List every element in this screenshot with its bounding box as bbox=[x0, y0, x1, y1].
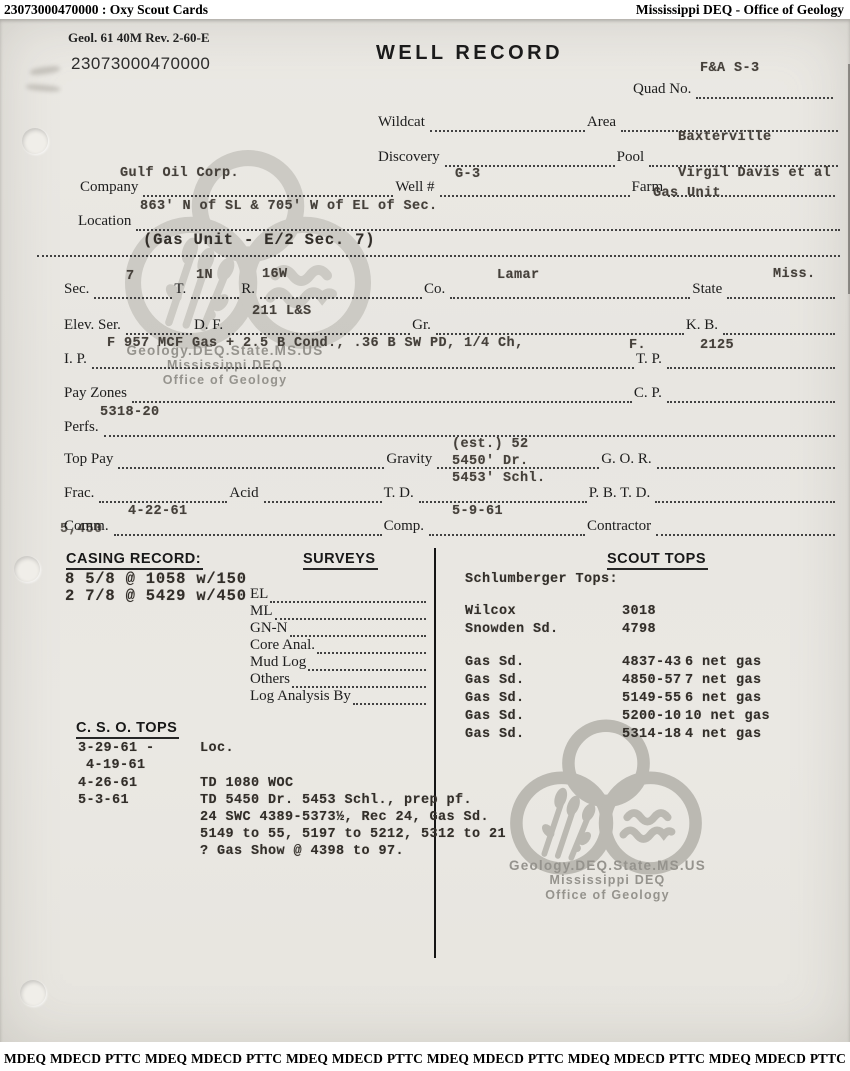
sec-label: Sec. bbox=[64, 280, 92, 299]
footer-item: MDEQ bbox=[4, 1051, 46, 1067]
cso-continuation: 24 SWC 4389-5373½, Rec 24, Gas Sd. bbox=[200, 810, 489, 825]
footer-item: PTTC bbox=[387, 1051, 423, 1067]
gr-line bbox=[436, 318, 684, 335]
api-number: 23073000470000 bbox=[71, 54, 210, 74]
footer-item: PTTC bbox=[528, 1051, 564, 1067]
td-driller-value: 5450' Dr. bbox=[452, 454, 529, 469]
top-pay-label: Top Pay bbox=[64, 450, 116, 469]
field-company-well-farm: Company Well # Farm bbox=[80, 178, 837, 197]
cso-text: Loc. bbox=[200, 741, 234, 756]
scout-top-net: 4 net gas bbox=[685, 727, 762, 742]
footer-item: MDEQ bbox=[427, 1051, 469, 1067]
field-toppay-gravity-gor: Top Pay Gravity G. O. R. bbox=[64, 450, 837, 469]
comp-label: Comp. bbox=[384, 517, 427, 536]
survey-label: Log Analysis By bbox=[250, 688, 351, 705]
field-perfs: Perfs. bbox=[64, 418, 837, 437]
survey-line bbox=[317, 637, 426, 654]
scout-top-row: Snowden Sd.4798 bbox=[465, 622, 685, 637]
wildcat-line bbox=[430, 115, 585, 132]
footer-item: PTTC bbox=[105, 1051, 141, 1067]
survey-line bbox=[308, 654, 426, 671]
scout-top-row: Gas Sd.4837-436 net gas bbox=[465, 655, 762, 670]
scout-top-name: Wilcox bbox=[465, 604, 622, 619]
casing-record-title: CASING RECORD: bbox=[66, 551, 203, 570]
scout-top-row: Gas Sd.5200-1010 net gas bbox=[465, 709, 770, 724]
scout-top-row: Gas Sd.5149-556 net gas bbox=[465, 691, 762, 706]
survey-label: Mud Log bbox=[250, 654, 306, 671]
scout-top-name: Snowden Sd. bbox=[465, 622, 622, 637]
contractor-label: Contractor bbox=[587, 517, 654, 536]
field-ip-tp: I. P. T. P. bbox=[64, 350, 837, 369]
comm-line bbox=[114, 519, 382, 536]
hole-punch-bottom bbox=[20, 980, 46, 1006]
footer-item: MDECD bbox=[191, 1051, 242, 1067]
county-line bbox=[450, 282, 690, 299]
scout-top-depth: 4850-57 bbox=[622, 673, 685, 688]
state-line bbox=[727, 282, 835, 299]
footer-item: MDECD bbox=[755, 1051, 806, 1067]
county-label: Co. bbox=[424, 280, 448, 299]
perfs-line bbox=[104, 420, 835, 437]
gor-line bbox=[657, 452, 835, 469]
footer-item: MDECD bbox=[614, 1051, 665, 1067]
scout-top-depth: 5314-18 bbox=[622, 727, 685, 742]
field-payzones-cp: Pay Zones C. P. bbox=[64, 384, 837, 403]
comm-label: Comm. bbox=[64, 517, 112, 536]
survey-label: GN-N bbox=[250, 620, 288, 637]
surveys-title: SURVEYS bbox=[303, 551, 378, 570]
watermark-org: Mississippi DEQ bbox=[500, 873, 715, 888]
cso-date: 3-29-61 - bbox=[78, 741, 155, 756]
survey-item-gnn: GN-N bbox=[250, 619, 428, 637]
survey-label: Core Anal. bbox=[250, 637, 315, 654]
contractor-line bbox=[656, 519, 835, 536]
footer-item: PTTC bbox=[246, 1051, 282, 1067]
footer-item: MDEQ bbox=[568, 1051, 610, 1067]
frac-label: Frac. bbox=[64, 484, 97, 503]
ip-value: F 957 MCF Gas + 2.5 B Cond., .36 B SW PD… bbox=[107, 336, 524, 351]
survey-line bbox=[292, 671, 426, 688]
area-label: Area bbox=[587, 113, 619, 132]
scout-top-net: 10 net gas bbox=[685, 709, 770, 724]
survey-item-mud-log: Mud Log bbox=[250, 653, 428, 671]
field-discovery-pool: Discovery Pool bbox=[378, 148, 840, 167]
gor-label: G. O. R. bbox=[601, 450, 654, 469]
scout-top-name: Gas Sd. bbox=[465, 673, 622, 688]
schlumberger-tops-label: Schlumberger Tops: bbox=[465, 572, 618, 587]
location-line bbox=[136, 214, 840, 231]
company-label: Company bbox=[80, 178, 141, 197]
pbtd-line bbox=[655, 486, 835, 503]
stamp-value: F&A S-3 bbox=[700, 61, 760, 76]
comp-line bbox=[429, 519, 585, 536]
watermark-office: Office of Geology bbox=[500, 888, 715, 903]
scout-top-depth: 4837-43 bbox=[622, 655, 685, 670]
frac-line bbox=[99, 486, 227, 503]
cso-text: TD 1080 WOC bbox=[200, 776, 294, 791]
footer-item: PTTC bbox=[669, 1051, 705, 1067]
survey-line bbox=[353, 688, 426, 705]
ip-line bbox=[92, 352, 634, 369]
viewer-page: 23073000470000 : Oxy Scout Cards Mississ… bbox=[0, 0, 850, 1071]
pool-label: Pool bbox=[617, 148, 648, 167]
scout-tops-title: SCOUT TOPS bbox=[607, 551, 708, 570]
cso-tops-title: C. S. O. TOPS bbox=[76, 720, 179, 739]
viewer-footer: MDEQ MDECD PTTC MDEQ MDECD PTTC MDEQ MDE… bbox=[0, 1042, 850, 1071]
scout-top-depth: 4798 bbox=[622, 622, 685, 637]
location-label: Location bbox=[78, 212, 134, 231]
casing-record-line2: 2 7/8 @ 5429 w/450 bbox=[65, 587, 247, 605]
cp-line bbox=[667, 386, 835, 403]
scout-top-name: Gas Sd. bbox=[465, 655, 622, 670]
survey-label: Others bbox=[250, 671, 290, 688]
scanned-well-record: Geology.DEQ.State.MS.US Mississippi DEQ … bbox=[0, 19, 850, 1046]
scout-top-row: Gas Sd.5314-184 net gas bbox=[465, 727, 762, 742]
field-elev-df-gr-kb: Elev. Ser. D. F. Gr. K. B. bbox=[64, 316, 837, 335]
field-location: Location bbox=[78, 212, 842, 231]
deq-watermark-text-bottom: Geology.DEQ.State.MS.US Mississippi DEQ … bbox=[500, 858, 715, 903]
scout-top-row: Wilcox3018 bbox=[465, 604, 685, 619]
ip-label: I. P. bbox=[64, 350, 90, 369]
state-label: State bbox=[692, 280, 725, 299]
scout-top-name: Gas Sd. bbox=[465, 691, 622, 706]
scout-top-row: Gas Sd.4850-577 net gas bbox=[465, 673, 762, 688]
location-line2-rule bbox=[35, 238, 842, 257]
cso-continuation: 5149 to 55, 5197 to 5212, 5312 to 21 bbox=[200, 827, 506, 842]
scout-top-depth: 5149-55 bbox=[622, 691, 685, 706]
acid-label: Acid bbox=[229, 484, 261, 503]
area-value: Baxterville bbox=[678, 130, 772, 145]
footer-item: MDEQ bbox=[709, 1051, 751, 1067]
discovery-label: Discovery bbox=[378, 148, 443, 167]
discovery-line bbox=[445, 150, 615, 167]
farm-value-line2: Gas Unit bbox=[653, 186, 721, 201]
township-label: T. bbox=[174, 280, 189, 299]
kb-label: K. B. bbox=[686, 316, 721, 335]
survey-line bbox=[290, 620, 427, 637]
cso-continuation: ? Gas Show @ 4398 to 97. bbox=[200, 844, 404, 859]
scout-top-depth: 3018 bbox=[622, 604, 685, 619]
td-line bbox=[419, 486, 587, 503]
tp-line bbox=[667, 352, 835, 369]
cso-date: 4-26-61 bbox=[78, 776, 138, 791]
top-pay-line bbox=[118, 452, 384, 469]
quad-no-label: Quad No. bbox=[633, 80, 694, 99]
range-label: R. bbox=[241, 280, 258, 299]
footer-item: MDEQ bbox=[145, 1051, 187, 1067]
perfs-label: Perfs. bbox=[64, 418, 102, 437]
hole-punch-top bbox=[22, 128, 48, 154]
field-sec-t-r-co-state: Sec. T. R. Co. State bbox=[64, 280, 837, 299]
section-divider-line bbox=[434, 548, 436, 958]
cso-date: 5-3-61 bbox=[78, 793, 129, 808]
cso-text: TD 5450 Dr. 5453 Schl., prep pf. bbox=[200, 793, 472, 808]
field-quad-no: Quad No. bbox=[633, 80, 835, 99]
cso-date: 4-19-61 bbox=[86, 758, 146, 773]
pencil-smudge bbox=[30, 65, 61, 76]
cp-label: C. P. bbox=[634, 384, 665, 403]
gr-label: Gr. bbox=[412, 316, 434, 335]
range-line bbox=[260, 282, 422, 299]
sec-line bbox=[94, 282, 172, 299]
footer-item: PTTC bbox=[810, 1051, 846, 1067]
gravity-label: Gravity bbox=[386, 450, 435, 469]
pay-zones-line bbox=[132, 386, 632, 403]
hole-punch-middle bbox=[14, 556, 40, 582]
survey-line bbox=[275, 603, 427, 620]
survey-label: ML bbox=[250, 603, 273, 620]
watermark-url: Geology.DEQ.State.MS.US bbox=[500, 858, 715, 873]
location-line2 bbox=[37, 240, 840, 257]
pool-line bbox=[649, 150, 838, 167]
tp-label: T. P. bbox=[636, 350, 665, 369]
form-code: Geol. 61 40M Rev. 2-60-E bbox=[68, 30, 210, 46]
township-line bbox=[191, 282, 239, 299]
survey-item-ml: ML bbox=[250, 602, 428, 620]
acid-line bbox=[264, 486, 382, 503]
kb-line bbox=[723, 318, 835, 335]
form-title: WELL RECORD bbox=[376, 42, 563, 65]
survey-item-el: EL bbox=[250, 585, 428, 603]
footer-item: MDECD bbox=[332, 1051, 383, 1067]
pay-zones-label: Pay Zones bbox=[64, 384, 130, 403]
footer-item: MDEQ bbox=[286, 1051, 328, 1067]
scout-top-name: Gas Sd. bbox=[465, 709, 622, 724]
scout-top-net: 6 net gas bbox=[685, 691, 762, 706]
scout-top-net: 7 net gas bbox=[685, 673, 762, 688]
pencil-smudge bbox=[26, 84, 60, 93]
survey-line bbox=[270, 586, 426, 603]
df-line bbox=[228, 318, 410, 335]
wildcat-label: Wildcat bbox=[378, 113, 428, 132]
company-line bbox=[143, 180, 393, 197]
footer-item: MDECD bbox=[473, 1051, 524, 1067]
elev-ser-label: Elev. Ser. bbox=[64, 316, 124, 335]
viewer-header: 23073000470000 : Oxy Scout Cards Mississ… bbox=[0, 0, 850, 21]
elev-ser-line bbox=[126, 318, 192, 335]
pbtd-label: P. B. T. D. bbox=[589, 484, 654, 503]
field-frac-acid-td-pbtd: Frac. Acid T. D. P. B. T. D. bbox=[64, 484, 837, 503]
quad-no-line bbox=[696, 82, 833, 99]
scout-top-depth: 5200-10 bbox=[622, 709, 685, 724]
footer-item: MDECD bbox=[50, 1051, 101, 1067]
survey-label: EL bbox=[250, 586, 268, 603]
df-label: D. F. bbox=[194, 316, 226, 335]
scout-top-name: Gas Sd. bbox=[465, 727, 622, 742]
well-number-label: Well # bbox=[395, 178, 437, 197]
well-number-line bbox=[440, 180, 630, 197]
scout-top-net: 6 net gas bbox=[685, 655, 762, 670]
survey-item-others: Others bbox=[250, 670, 428, 688]
casing-record-line1: 8 5/8 @ 1058 w/150 bbox=[65, 570, 247, 588]
field-comm-comp-contractor: Comm. Comp. Contractor bbox=[64, 517, 837, 536]
survey-item-core-anal: Core Anal. bbox=[250, 636, 428, 654]
td-label: T. D. bbox=[384, 484, 417, 503]
survey-item-log-analysis: Log Analysis By bbox=[250, 687, 428, 705]
